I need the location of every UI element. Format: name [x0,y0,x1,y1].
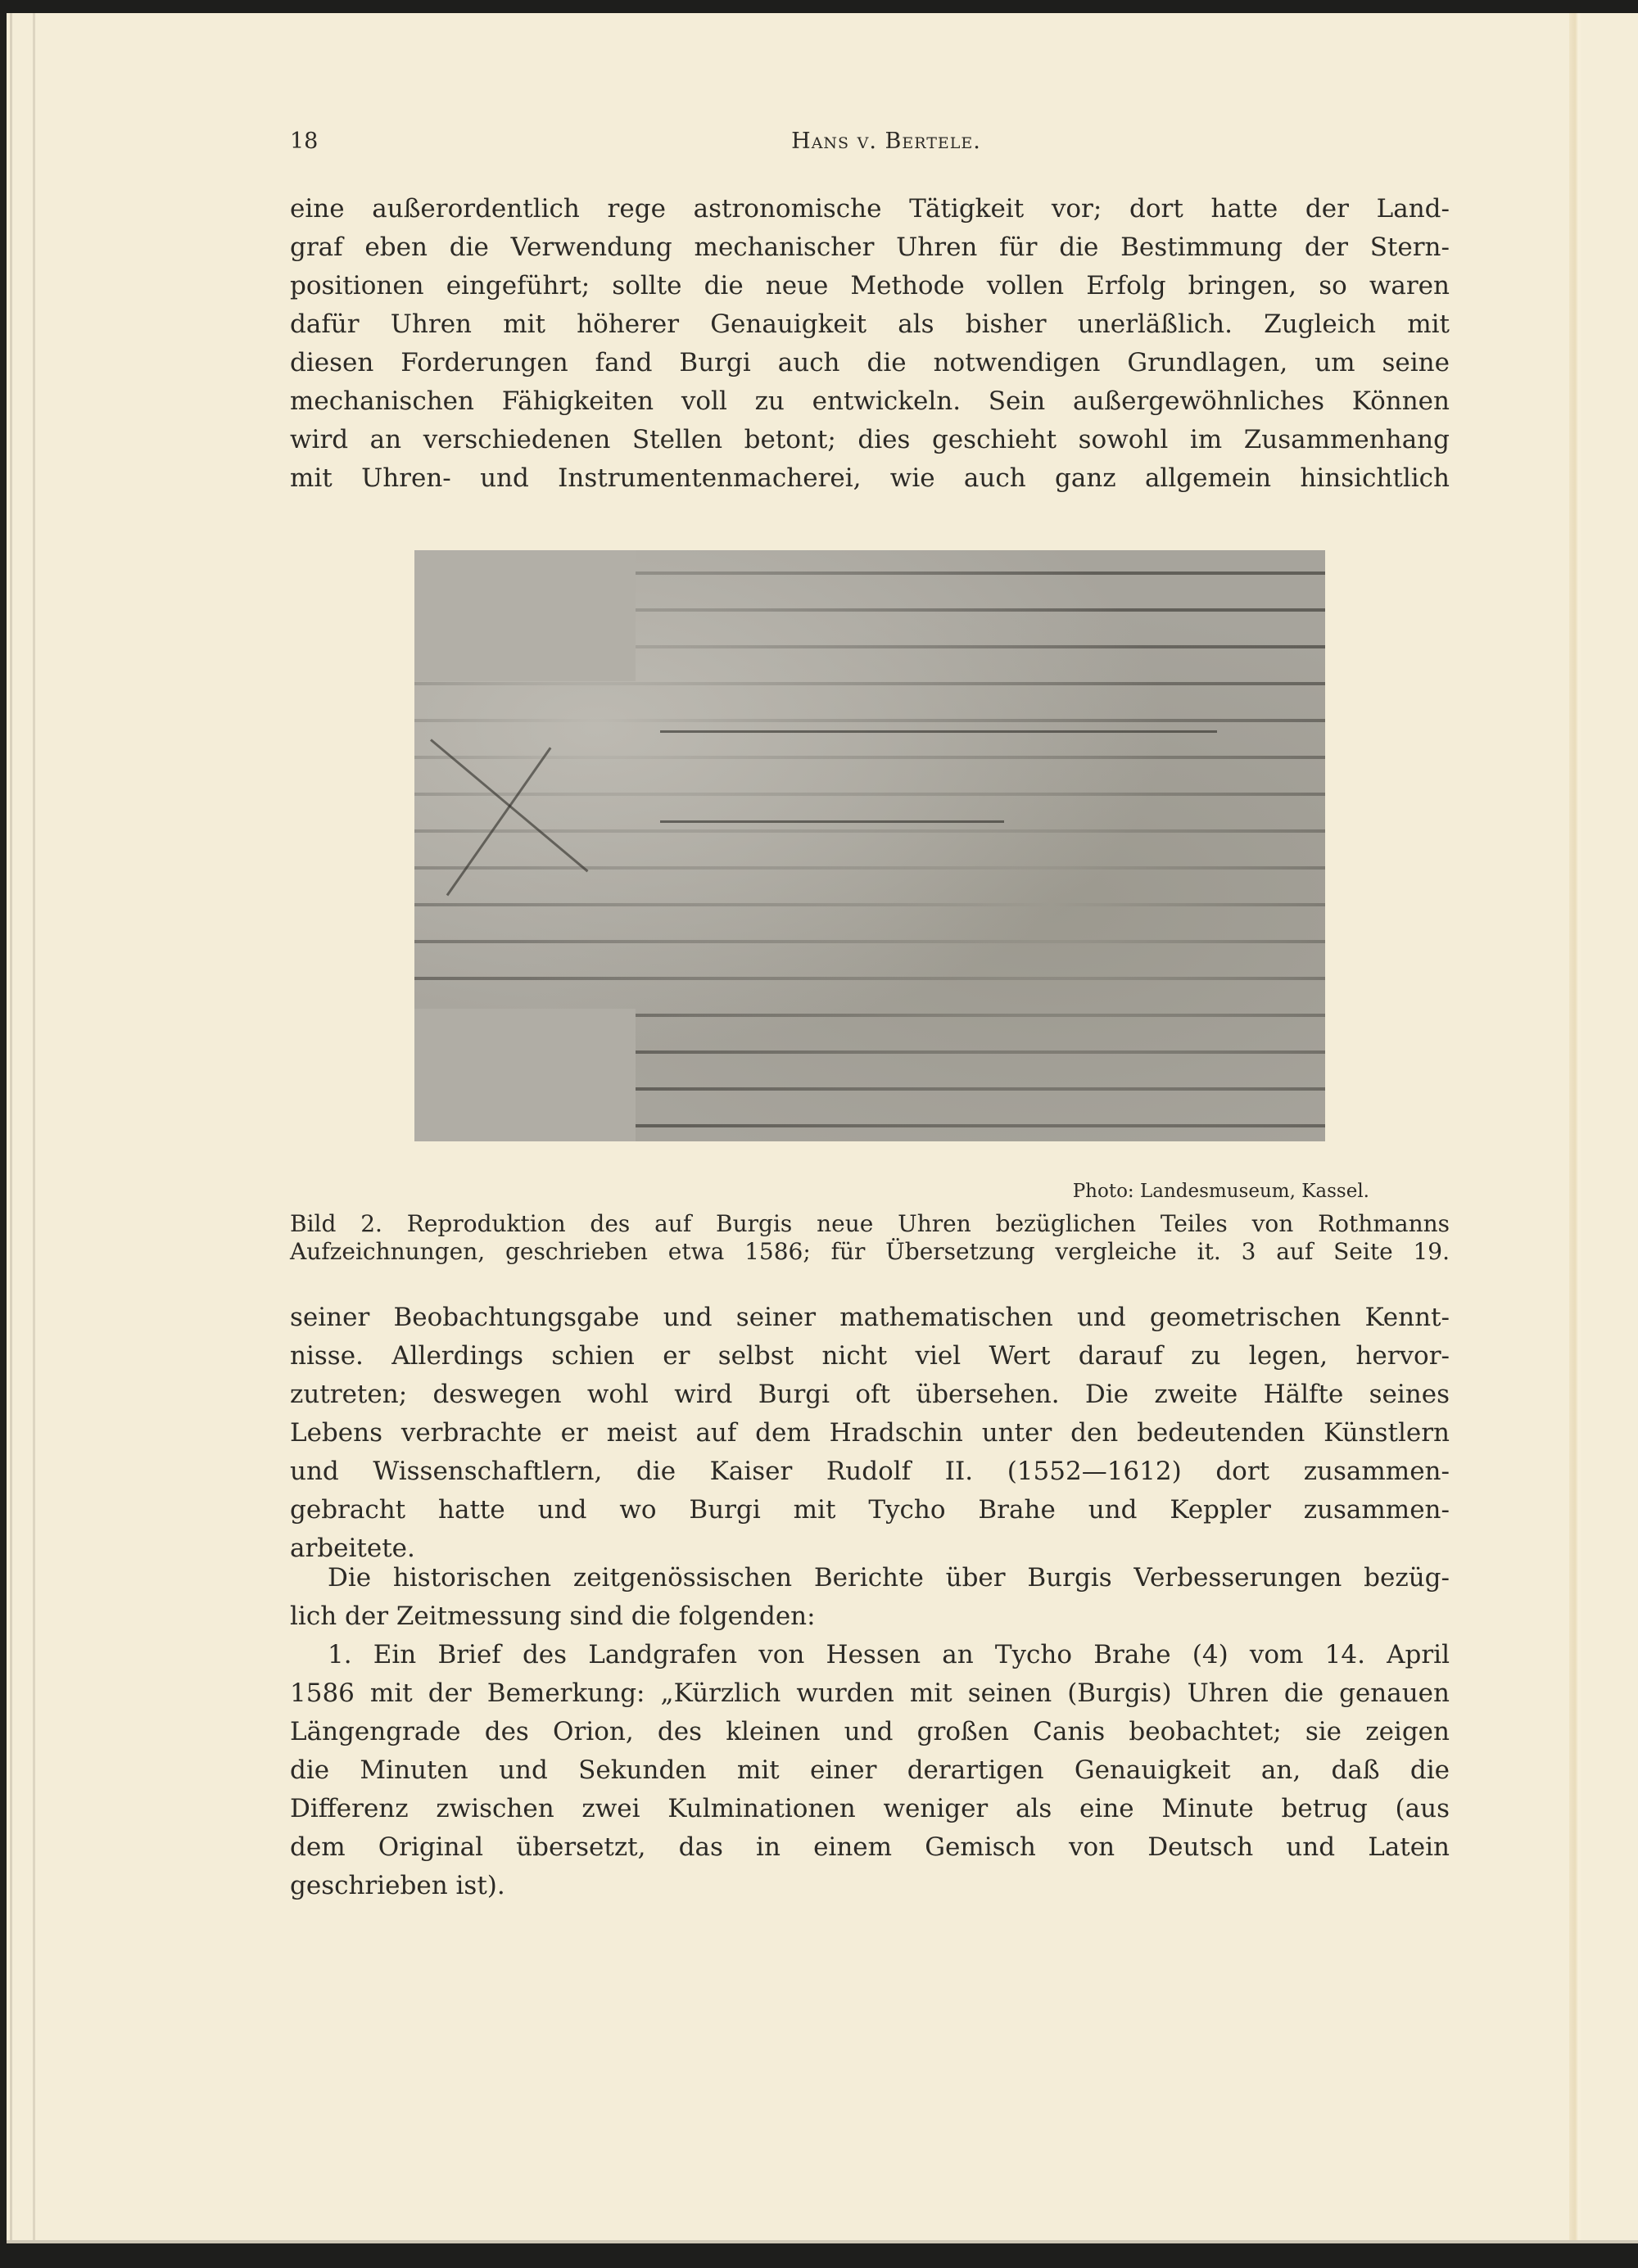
text-line: die Minuten und Sekunden mit einer derar… [290,1751,1450,1790]
text-line: 1. Ein Brief des Landgrafen von Hessen a… [290,1636,1450,1674]
text-line: dafür Uhren mit höherer Genauigkeit als … [290,305,1450,344]
page-edge-line [10,13,12,2243]
text-line: lich der Zeitmessung sind die folgenden: [290,1597,1450,1636]
text-line: mit Uhren- und Instrumentenmacherei, wie… [290,459,1450,498]
text-line: Lebens verbrachte er meist auf dem Hrads… [290,1414,1450,1453]
text-line: zutreten; deswegen wohl wird Burgi oft ü… [290,1376,1450,1414]
manuscript-strike [446,747,552,896]
text-line: dem Original übersetzt, das in einem Gem… [290,1828,1450,1867]
page-gutter-fold [1569,13,1582,2243]
text-line: positionen eingeführt; sollte die neue M… [290,267,1450,305]
paragraph-4-list-item-1: 1. Ein Brief des Landgrafen von Hessen a… [290,1636,1450,1905]
text-line: eine außerordentlich rege astronomische … [290,190,1450,228]
text-line: gebracht hatte und wo Burgi mit Tycho Br… [290,1491,1450,1529]
text-line: Die historischen zeitgenössischen Berich… [290,1559,1450,1597]
text-line: wird an verschiedenen Stellen betont; di… [290,421,1450,459]
text-line: diesen Forderungen fand Burgi auch die n… [290,344,1450,382]
manuscript-margin [414,550,636,681]
text-line: und Wissenschaftlern, die Kaiser Rudolf … [290,1453,1450,1491]
paragraph-2: seiner Beobachtungsgabe und seiner mathe… [290,1299,1450,1568]
paragraph-1: eine außerordentlich rege astronomische … [290,190,1450,498]
text-line: mechanischen Fähigkeiten voll zu entwick… [290,382,1450,421]
paragraph-3: Die historischen zeitgenössischen Berich… [290,1559,1450,1636]
text-line: geschrieben ist). [290,1867,1450,1905]
text-line: graf eben die Verwendung mechanischer Uh… [290,228,1450,267]
running-head: Hans v. Bertele. [290,129,1450,154]
manuscript-margin [414,1009,636,1141]
manuscript-photo [414,550,1325,1141]
page-edge-line [33,13,35,2243]
text-line: nisse. Allerdings schien er selbst nicht… [290,1337,1450,1376]
page-header: 18 Hans v. Bertele. [290,129,1450,161]
manuscript-strike [660,820,1004,823]
figure-caption: Bild 2. Reproduktion des auf Burgis neue… [290,1210,1450,1266]
page-bottom-edge [7,2240,1638,2243]
caption-line: Aufzeichnungen, geschrieben etwa 1586; f… [290,1238,1450,1266]
photo-credit: Photo: Landesmuseum, Kassel. [1073,1181,1369,1202]
text-line: seiner Beobachtungsgabe und seiner mathe… [290,1299,1450,1337]
text-line: Längengrade des Orion, des kleinen und g… [290,1713,1450,1751]
manuscript-strike [660,730,1217,733]
text-line: 1586 mit der Bemerkung: „Kürzlich wurden… [290,1674,1450,1713]
text-line: Differenz zwischen zwei Kulminationen we… [290,1790,1450,1828]
caption-line: Bild 2. Reproduktion des auf Burgis neue… [290,1210,1450,1238]
